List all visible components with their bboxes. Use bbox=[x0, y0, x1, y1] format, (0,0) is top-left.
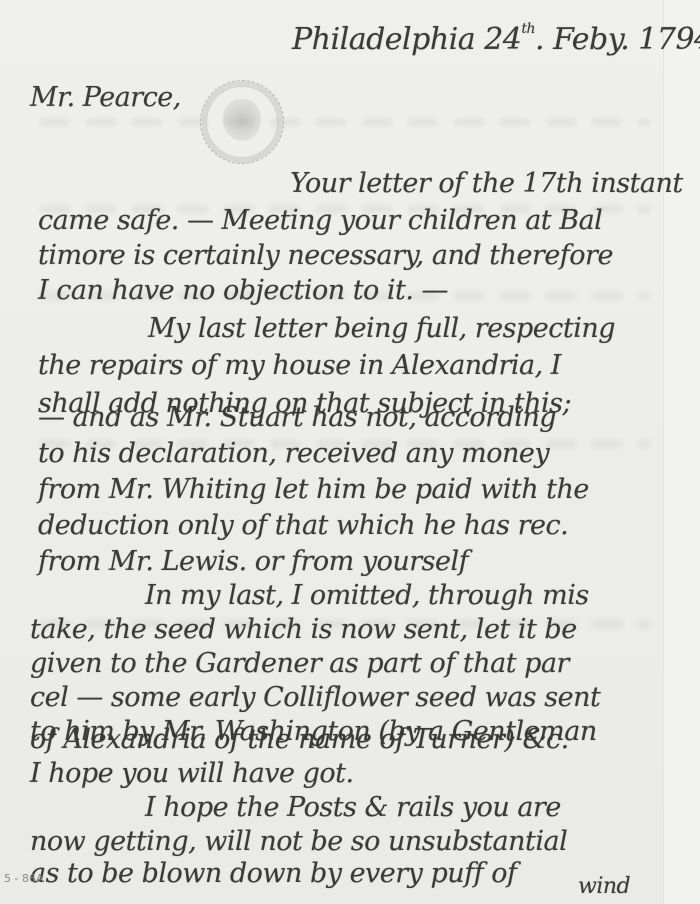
letter-line: given to the Gardener as part of that pa… bbox=[30, 648, 569, 679]
salutation: Mr. Pearce, bbox=[30, 82, 181, 113]
letter-line: I can have no objection to it. — bbox=[38, 275, 448, 306]
catchword: wind bbox=[578, 874, 630, 899]
letter-line: In my last, I omitted, through mis bbox=[145, 580, 589, 611]
letter-line: timore is certainly necessary, and there… bbox=[38, 240, 613, 271]
page-edge bbox=[663, 0, 700, 904]
letter-line: of Alexandria of the name of Turner) &c. bbox=[30, 724, 569, 755]
dateline: Philadelphia 24th. Feby. 1794 bbox=[292, 22, 700, 57]
letter-line: came safe. — Meeting your children at Ba… bbox=[38, 205, 602, 236]
letter-line: deduction only of that which he has rec. bbox=[38, 510, 568, 541]
eagle-emblem-icon bbox=[223, 99, 261, 141]
dateline-day: 24 bbox=[484, 22, 521, 57]
letter-page: Philadelphia 24th. Feby. 1794 Mr. Pearce… bbox=[0, 0, 700, 904]
letter-line: the repairs of my house in Alexandria, I bbox=[38, 350, 561, 381]
ink-bleed bbox=[40, 118, 650, 126]
letter-line: I hope the Posts & rails you are bbox=[145, 792, 561, 823]
letter-line: I hope you will have got. bbox=[30, 758, 354, 789]
dateline-day-suffix: th bbox=[521, 21, 535, 37]
letter-line: take, the seed which is now sent, let it… bbox=[30, 614, 577, 645]
dateline-year: 1794 bbox=[638, 22, 700, 57]
letter-line: — and as Mr. Stuart has not, according bbox=[38, 402, 556, 433]
letter-line: from Mr. Whiting let him be paid with th… bbox=[38, 474, 589, 505]
letter-line: cel — some early Colliflower seed was se… bbox=[30, 682, 600, 713]
shelf-mark: 5 - 86A bbox=[4, 872, 43, 885]
letter-line: from Mr. Lewis. or from yourself bbox=[38, 546, 468, 577]
letter-line: Your letter of the 17th instant bbox=[290, 168, 683, 199]
dateline-month: Feby bbox=[553, 22, 620, 57]
dateline-place: Philadelphia bbox=[292, 22, 475, 57]
library-seal-stamp bbox=[200, 80, 284, 164]
letter-line: to his declaration, received any money bbox=[38, 438, 549, 469]
letter-line: My last letter being full, respecting bbox=[148, 313, 615, 344]
letter-line: now getting, will not be so unsubstantia… bbox=[30, 826, 567, 857]
letter-line: as to be blown down by every puff of bbox=[30, 858, 517, 889]
